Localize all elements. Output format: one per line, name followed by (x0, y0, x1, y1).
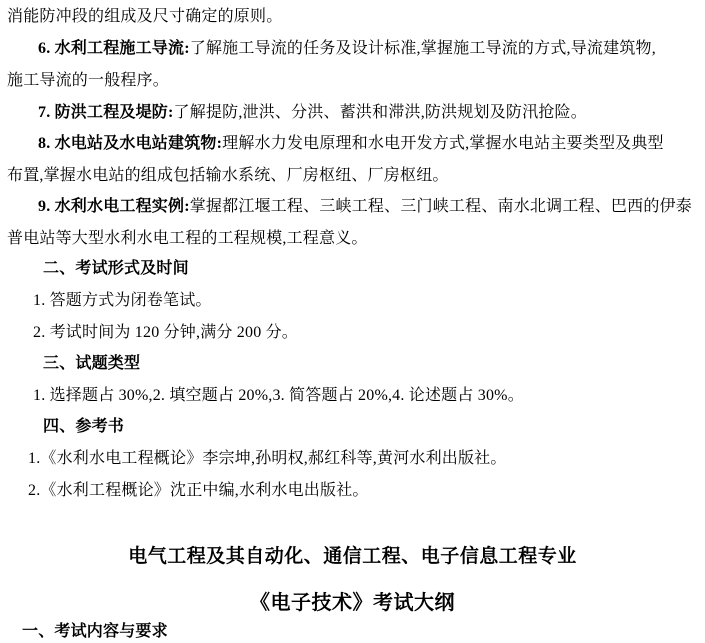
section-3-title: 三、试题类型 (43, 354, 140, 374)
paragraph-tail-text: 消能防冲段的组成及尺寸确定的原则。 (7, 8, 282, 25)
paragraph-tail-line: 消能防冲段的组成及尺寸确定的原则。 (7, 7, 282, 27)
item-6-line-1: 6. 水利工程施工导流:了解施工导流的任务及设计标准,掌握施工导流的方式,导流建… (38, 39, 656, 59)
section-2-title-text: 二、考试形式及时间 (43, 260, 189, 277)
item-8-text-1: 理解水力发电原理和水电开发方式,掌握水电站主要类型及典型 (222, 135, 664, 152)
reference-2-text: 2.《水利工程概论》沈正中编,水利水电出版社。 (28, 482, 369, 499)
item-6-text-1: 了解施工导流的任务及设计标准,掌握施工导流的方式,导流建筑物, (190, 40, 656, 57)
section-4-title: 四、参考书 (43, 417, 124, 437)
reference-2: 2.《水利工程概论》沈正中编,水利水电出版社。 (28, 481, 369, 501)
item-6-line-2: 施工导流的一般程序。 (7, 71, 169, 91)
item-8-label: 8. 水电站及水电站建筑物: (38, 135, 222, 152)
next-syllabus-exam-heading: 《电子技术》考试大纲 (0, 586, 705, 615)
reference-1: 1.《水利水电工程概论》李宗坤,孙明权,郝红科等,黄河水利出版社。 (28, 449, 507, 469)
next-syllabus-exam-heading-text: 《电子技术》考试大纲 (250, 592, 455, 614)
item-7-label: 7. 防洪工程及堤防: (38, 104, 174, 121)
next-syllabus-major-heading: 电气工程及其自动化、通信工程、电子信息工程专业 (0, 541, 705, 568)
section-3-title-text: 三、试题类型 (43, 355, 140, 372)
section-2-item-1-text: 1. 答题方式为闭卷笔试。 (33, 292, 212, 309)
section-3-item-1: 1. 选择题占 30%,2. 填空题占 20%,3. 简答题占 20%,4. 论… (33, 386, 524, 406)
item-8-line-1: 8. 水电站及水电站建筑物:理解水力发电原理和水电开发方式,掌握水电站主要类型及… (38, 134, 664, 154)
section-2-title: 二、考试形式及时间 (43, 259, 189, 279)
item-6-text-2: 施工导流的一般程序。 (7, 72, 169, 89)
item-7-line-1: 7. 防洪工程及堤防:了解提防,泄洪、分洪、蓄洪和滞洪,防洪规划及防汛抢险。 (38, 103, 587, 123)
item-9-text-1: 掌握都江堰工程、三峡工程、三门峡工程、南水北调工程、巴西的伊泰 (190, 198, 692, 215)
document-page: 消能防冲段的组成及尺寸确定的原则。 6. 水利工程施工导流:了解施工导流的任务及… (0, 0, 705, 643)
section-2-item-2: 2. 考试时间为 120 分钟,满分 200 分。 (33, 323, 298, 343)
next-syllabus-major-heading-text: 电气工程及其自动化、通信工程、电子信息工程专业 (128, 546, 577, 567)
reference-1-text: 1.《水利水电工程概论》李宗坤,孙明权,郝红科等,黄河水利出版社。 (28, 450, 507, 467)
item-6-label: 6. 水利工程施工导流: (38, 40, 190, 57)
next-syllabus-section-1-title: 一、考试内容与要求 (22, 622, 168, 642)
item-9-text-2: 普电站等大型水利水电工程的工程规模,工程意义。 (7, 230, 368, 247)
item-9-label: 9. 水利水电工程实例: (38, 198, 190, 215)
item-9-line-2: 普电站等大型水利水电工程的工程规模,工程意义。 (7, 229, 368, 249)
item-8-line-2: 布置,掌握水电站的组成包括输水系统、厂房枢纽、厂房枢纽。 (7, 166, 449, 186)
item-8-text-2: 布置,掌握水电站的组成包括输水系统、厂房枢纽、厂房枢纽。 (7, 167, 449, 184)
item-7-text-1: 了解提防,泄洪、分洪、蓄洪和滞洪,防洪规划及防汛抢险。 (174, 104, 587, 121)
section-2-item-2-text: 2. 考试时间为 120 分钟,满分 200 分。 (33, 324, 298, 341)
section-3-item-1-text: 1. 选择题占 30%,2. 填空题占 20%,3. 简答题占 20%,4. 论… (33, 387, 524, 404)
item-9-line-1: 9. 水利水电工程实例:掌握都江堰工程、三峡工程、三门峡工程、南水北调工程、巴西… (38, 197, 692, 217)
section-2-item-1: 1. 答题方式为闭卷笔试。 (33, 291, 212, 311)
section-4-title-text: 四、参考书 (43, 418, 124, 435)
next-syllabus-section-1-title-text: 一、考试内容与要求 (22, 623, 168, 640)
